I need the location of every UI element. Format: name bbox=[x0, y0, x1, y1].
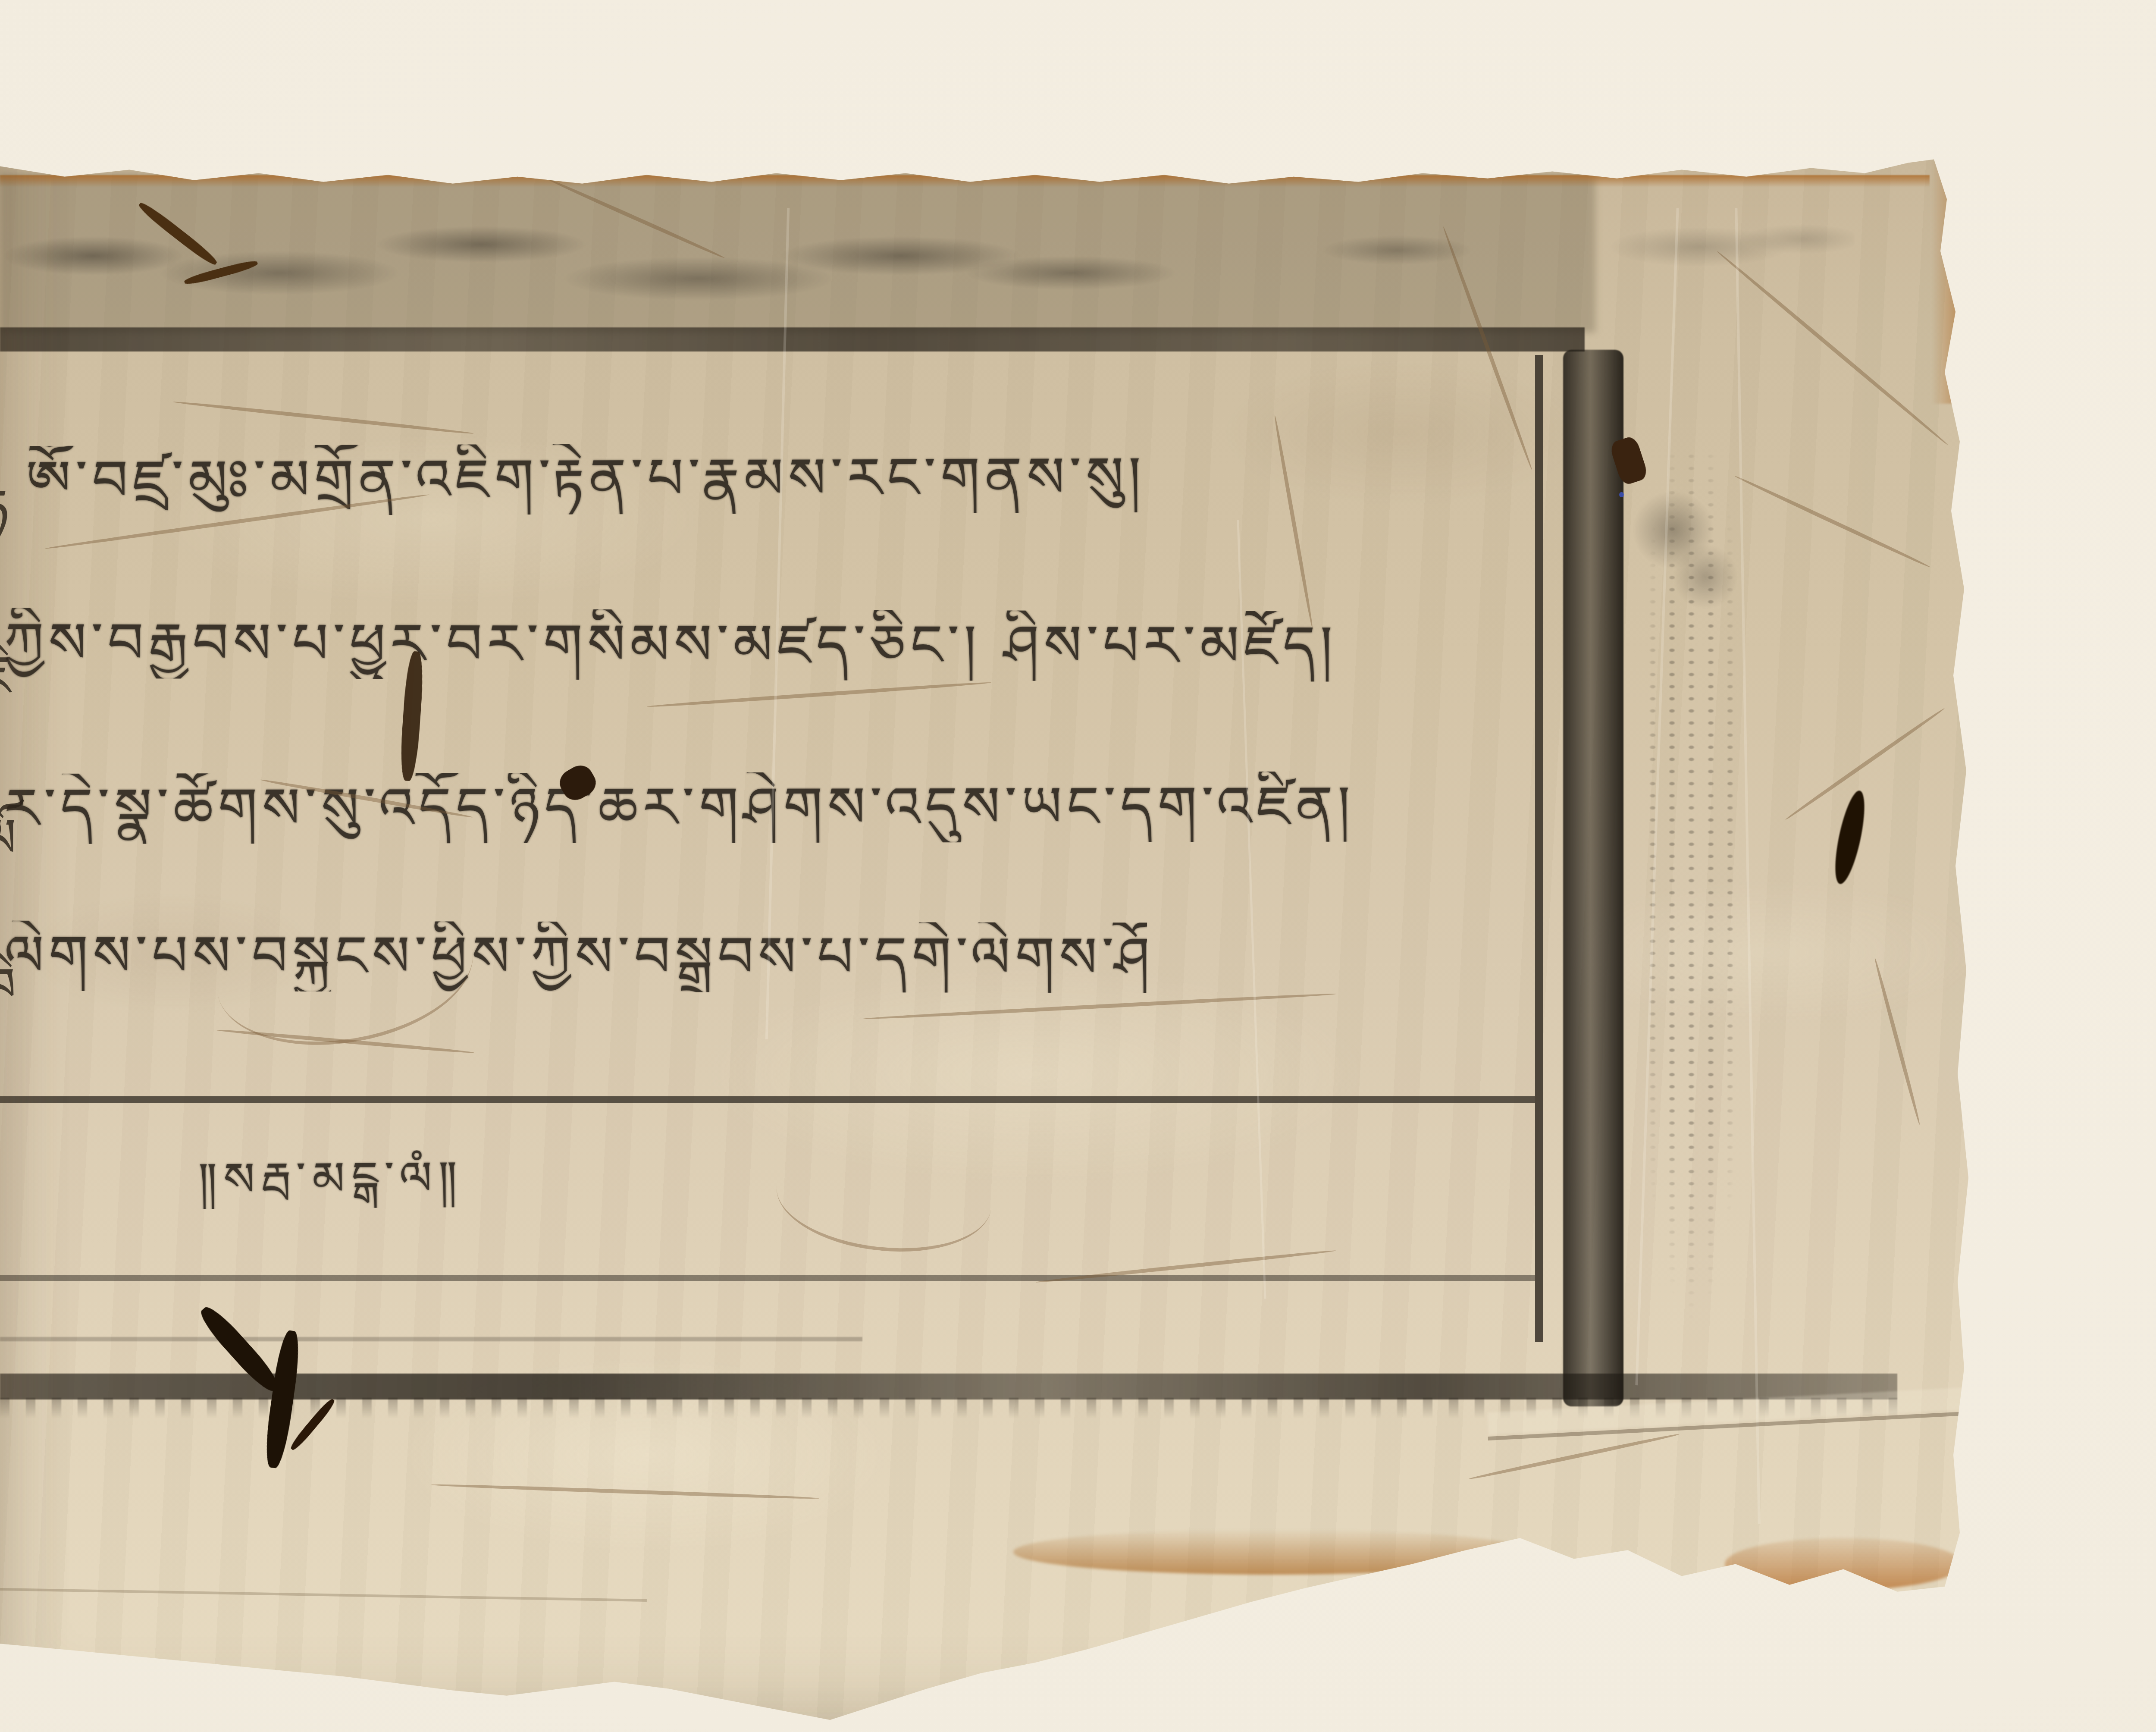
lower-frame-rule bbox=[0, 1096, 1535, 1103]
top-ink-smudge-band bbox=[0, 204, 1552, 319]
right-frame-inner-rule bbox=[1535, 355, 1543, 1342]
faint-horizontal-rule bbox=[0, 1337, 862, 1341]
top-deckle-stain bbox=[0, 175, 1930, 187]
top-margin-smudge bbox=[1595, 208, 1854, 286]
colophon-text: ༎སརྦ་མངྒ་ལཾ༎ bbox=[198, 1149, 511, 1209]
photo-backdrop: ཧ ཇེ ལོ ཁེ ཨོཾ་བཛྲ་མུཿ་མགྲོན་འཇིག་རྟེན་པ… bbox=[0, 0, 2156, 1732]
colophon-underline-rule bbox=[0, 1275, 1535, 1281]
manuscript-leaf: ཧ ཇེ ལོ ཁེ ཨོཾ་བཛྲ་མུཿ་མགྲོན་འཇིག་རྟེན་པ… bbox=[0, 0, 2156, 1732]
right-deckle-stain bbox=[1932, 161, 1962, 403]
text-line-3: ར་དེ་སྣ་ཚོགས་སུ་འདོད་ཉིད་ཆར་གཤེགས་འདུས་ཡ… bbox=[4, 771, 1531, 844]
bottom-right-edge-stain bbox=[1725, 1538, 1962, 1590]
right-frame-ink-band bbox=[1563, 350, 1623, 1406]
top-frame-rule bbox=[0, 327, 1585, 351]
text-line-2: ཀྱིས་བརྒྱབས་པ་ཕྱུར་བར་གསིམས་མཛད་ཅིང་། ཤི… bbox=[4, 608, 1509, 682]
text-line-4: ལེགས་པས་བསྐྱངས་ཕྱིས་ཀྱིས་བསྒྲུབས་པ་དགེ་ལ… bbox=[4, 920, 1147, 992]
bottom-edge-stain bbox=[1013, 1529, 1531, 1574]
right-margin-dark-patch bbox=[1630, 468, 1738, 623]
